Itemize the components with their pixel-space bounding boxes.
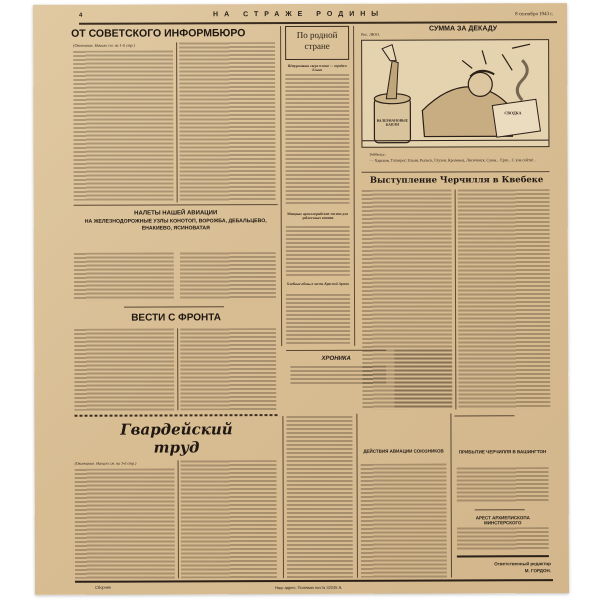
- guards-labor-headline-1: Гвардейский: [74, 420, 278, 439]
- column-divider: [178, 460, 179, 578]
- column-divider: [177, 328, 178, 410]
- avia-raids-subheadline: НА ЖЕЛЕЗНОДОРОЖНЫЕ УЗЛЫ КОНОТОП, ВОРОЖБА…: [84, 218, 268, 233]
- allied-aviation-col: [361, 463, 447, 577]
- wavy-divider: [74, 414, 278, 417]
- column-divider: [176, 42, 178, 202]
- churchill-washington-text: [457, 467, 549, 503]
- chronicle-text: [290, 366, 386, 386]
- informburo-byline: (Окончание. Начало см. на 1-й стр.): [73, 42, 173, 47]
- avia-raids-col-1: [74, 252, 174, 300]
- guards-labor-headline-2: труд: [74, 438, 278, 457]
- informburo-col-1: [73, 50, 174, 200]
- rodnaya-strana-box: По родной стране: [285, 26, 349, 60]
- cartoon-caption-head: Геббельс:: [369, 152, 385, 157]
- rodnaya-sub-1: Штурмовики свере плана — городам Ельни: [285, 64, 349, 72]
- section-divider: [457, 555, 549, 557]
- column-divider: [282, 416, 284, 578]
- rodnaya-col-3: [286, 294, 350, 344]
- front-news-col-1: [74, 328, 174, 410]
- allied-aviation-headline: ДЕЙСТВИЯ АВИАЦИИ СОЮЗНИКОВ: [361, 448, 447, 453]
- rodnaya-strana-headline: По родной стране: [286, 27, 348, 52]
- newspaper-page: 4 НА СТРАЖЕ РОДИНЫ 8 сентября 1943 г. ОТ…: [33, 3, 569, 595]
- guards-labor-byline: (Окончание. Начало см. на 3-й стр.): [75, 460, 175, 465]
- section-divider: [74, 204, 278, 206]
- cartoon-title: СУММА ЗА ДЕКАДУ: [393, 25, 533, 32]
- front-news-col-2: [180, 328, 276, 410]
- goebbels-cartoon-icon: [362, 40, 549, 148]
- column-divider: [353, 26, 355, 346]
- editor-title: Ответственный редактор: [475, 561, 551, 566]
- column-divider: [280, 26, 282, 346]
- column-divider: [455, 189, 457, 409]
- guards-labor-col-3: [286, 416, 353, 578]
- rodnaya-col-1: [285, 74, 349, 204]
- paper-label: СВОДКА: [504, 110, 521, 115]
- cartoon-caption: — Харьков, Таганрог, Ельня, Рыльск, Глух…: [370, 157, 550, 163]
- rodnaya-col-2: [286, 226, 350, 276]
- section-divider: [454, 415, 514, 416]
- section-divider: [124, 306, 224, 307]
- field-post-address: Наш адрес: Полевая почта 32245 А.: [275, 585, 342, 590]
- newspaper-title: НА СТРАЖЕ РОДИНЫ: [213, 11, 384, 19]
- editor-name: М. ГОРДОН.: [475, 568, 551, 573]
- informburo-headline: ОТ СОВЕТСКОГО ИНФОРМБЮРО: [71, 27, 281, 40]
- chronicle-headline: ХРОНИКА: [286, 356, 386, 362]
- footer-rule: [75, 579, 553, 583]
- page-number: 4: [79, 13, 82, 19]
- archbishop-headline: АРЕСТ АРХИЕПИСКОПА МИНСТЕРСКОГО: [457, 515, 549, 525]
- rodnaya-sub-3: Хлебные обозы в честь Красной Армии: [286, 282, 350, 286]
- column-divider: [450, 413, 452, 577]
- guards-labor-col-1: [75, 468, 175, 578]
- cartoon-label: Рис. ЛЮО.: [361, 32, 380, 37]
- masthead-rule: [79, 21, 557, 25]
- churchill-col-2: [458, 189, 551, 409]
- churchill-quebec-headline: Выступление Черчилля в Квебеке: [362, 175, 552, 186]
- front-news-headline: ВЕСТИ С ФРОНТА: [74, 312, 278, 324]
- rodnaya-sub-2: Мощные артиллерийские тягачи для доблест…: [286, 212, 350, 220]
- archbishop-text: [457, 527, 549, 551]
- churchill-washington-headline: ПРИБЫТИЕ ЧЕРЧИЛЛЯ В ВАШИНГТОН: [457, 449, 549, 454]
- publisher-mark: Сборник: [95, 585, 111, 590]
- continued-col: [394, 349, 452, 409]
- section-divider: [362, 171, 550, 173]
- issue-date: 8 сентября 1943 г.: [515, 12, 553, 17]
- section-divider: [475, 509, 525, 510]
- avia-raids-headline: НАЛЕТЫ НАШЕЙ АВИАЦИИ: [74, 210, 278, 217]
- informburo-col-2: [179, 42, 276, 202]
- cartoon-illustration: ВАЛЕРИАНОВЫЕ КАПЛИ СВОДКА: [361, 39, 549, 148]
- jar-label: ВАЛЕРИАНОВЫЕ КАПЛИ: [376, 119, 408, 127]
- column-divider: [356, 414, 358, 578]
- avia-raids-col-2: [180, 252, 276, 300]
- guards-labor-col-2: [181, 460, 277, 578]
